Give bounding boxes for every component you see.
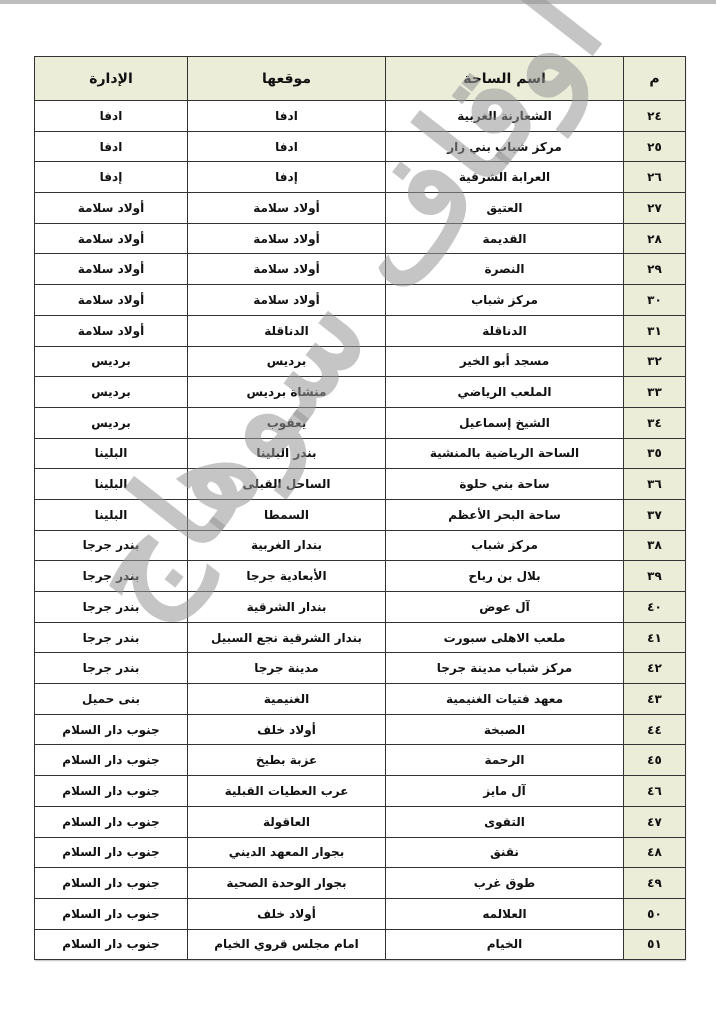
cell-number: ٤٩ [624,868,686,899]
cell-ground-name: معهد فتيات الغنيمية [386,684,624,715]
cell-ground-name: القديمة [386,223,624,254]
cell-location: أولاد سلامة [188,193,386,224]
cell-number: ٣٣ [624,377,686,408]
cell-ground-name: ساحة البحر الأعظم [386,499,624,530]
header-ground-name: اسم الساحة [386,57,624,101]
cell-administration: جنوب دار السلام [35,776,188,807]
cell-administration: أولاد سلامة [35,285,188,316]
cell-administration: بندر جرجا [35,653,188,684]
cell-ground-name: العرابة الشرقية [386,162,624,193]
cell-ground-name: النصرة [386,254,624,285]
table-row: ٤٠آل عوضبندار الشرقيةبندر جرجا [35,592,686,623]
cell-administration: برديس [35,377,188,408]
table-row: ٤٨نقنقبجوار المعهد الدينيجنوب دار السلام [35,837,686,868]
cell-ground-name: ساحة بني حلوة [386,469,624,500]
cell-location: يعقوب [188,407,386,438]
cell-ground-name: الشعارنة الغربية [386,101,624,132]
cell-location: بندار الشرقية [188,592,386,623]
cell-administration: ادفا [35,131,188,162]
cell-ground-name: الدناقلة [386,315,624,346]
prayer-grounds-table: م اسم الساحة موقعها الإدارة ٢٤الشعارنة ا… [34,56,686,960]
cell-administration: البلينا [35,469,188,500]
cell-administration: بنى حميل [35,684,188,715]
cell-number: ٣٠ [624,285,686,316]
cell-location: منشاة برديس [188,377,386,408]
cell-number: ٥٠ [624,898,686,929]
cell-number: ٤٠ [624,592,686,623]
cell-number: ٤٤ [624,714,686,745]
cell-administration: البلينا [35,438,188,469]
cell-location: إدفا [188,162,386,193]
table-row: ٣٧ساحة البحر الأعظمالسمطاالبلينا [35,499,686,530]
cell-number: ٤٧ [624,806,686,837]
cell-ground-name: التقوى [386,806,624,837]
cell-location: مدينة جرجا [188,653,386,684]
table-row: ٢٦العرابة الشرقيةإدفاإدفا [35,162,686,193]
cell-ground-name: ملعب الاهلى سبورت [386,622,624,653]
cell-location: عزبة بطيخ [188,745,386,776]
cell-location: برديس [188,346,386,377]
cell-ground-name: الملعب الرياضي [386,377,624,408]
cell-ground-name: الرحمة [386,745,624,776]
cell-number: ٢٥ [624,131,686,162]
cell-ground-name: نقنق [386,837,624,868]
cell-location: بندار الشرقية نجع السبيل [188,622,386,653]
cell-number: ٤٢ [624,653,686,684]
cell-ground-name: مركز شباب مدينة جرجا [386,653,624,684]
cell-administration: البلينا [35,499,188,530]
table-row: ٤١ملعب الاهلى سبورتبندار الشرقية نجع الس… [35,622,686,653]
cell-administration: برديس [35,346,188,377]
cell-administration: جنوب دار السلام [35,837,188,868]
cell-administration: بندر جرجا [35,530,188,561]
cell-ground-name: الخيام [386,929,624,960]
table-header-row: م اسم الساحة موقعها الإدارة [35,57,686,101]
header-number: م [624,57,686,101]
cell-location: أولاد سلامة [188,223,386,254]
cell-location: الغنيمية [188,684,386,715]
cell-administration: جنوب دار السلام [35,745,188,776]
table-row: ٣٩بلال بن رباحالأبعادية جرجابندر جرجا [35,561,686,592]
cell-administration: جنوب دار السلام [35,806,188,837]
cell-number: ٢٩ [624,254,686,285]
table-row: ٣٦ساحة بني حلوةالساحل القبلىالبلينا [35,469,686,500]
cell-administration: جنوب دار السلام [35,714,188,745]
cell-administration: جنوب دار السلام [35,929,188,960]
cell-location: بجوار الوحدة الصحية [188,868,386,899]
cell-ground-name: آل عوض [386,592,624,623]
cell-number: ٤٣ [624,684,686,715]
cell-number: ٣٧ [624,499,686,530]
cell-location: أولاد سلامة [188,254,386,285]
table-row: ٢٥مركز شباب بني زارادفاادفا [35,131,686,162]
table-row: ٤٣معهد فتيات الغنيميةالغنيميةبنى حميل [35,684,686,715]
table-row: ٤٢مركز شباب مدينة جرجامدينة جرجابندر جرج… [35,653,686,684]
header-administration: الإدارة [35,57,188,101]
cell-ground-name: مركز شباب [386,530,624,561]
cell-number: ٣١ [624,315,686,346]
cell-number: ٣٦ [624,469,686,500]
header-location: موقعها [188,57,386,101]
cell-ground-name: العتيق [386,193,624,224]
table-row: ٤٤الصبخةأولاد خلفجنوب دار السلام [35,714,686,745]
cell-number: ٣٢ [624,346,686,377]
table-row: ٣٠مركز شبابأولاد سلامةأولاد سلامة [35,285,686,316]
cell-ground-name: الشيخ إسماعيل [386,407,624,438]
cell-location: أولاد خلف [188,898,386,929]
cell-location: بندر البلينا [188,438,386,469]
cell-location: بندار الغربية [188,530,386,561]
cell-number: ٥١ [624,929,686,960]
cell-administration: أولاد سلامة [35,315,188,346]
cell-administration: بندر جرجا [35,561,188,592]
cell-number: ٢٦ [624,162,686,193]
cell-administration: بندر جرجا [35,622,188,653]
cell-administration: برديس [35,407,188,438]
table-row: ٢٩النصرةأولاد سلامةأولاد سلامة [35,254,686,285]
cell-administration: بندر جرجا [35,592,188,623]
cell-location: أولاد سلامة [188,285,386,316]
cell-location: الساحل القبلى [188,469,386,500]
table-row: ٢٧العتيقأولاد سلامةأولاد سلامة [35,193,686,224]
cell-location: عرب العطيات القبلية [188,776,386,807]
table-row: ٤٦آل مايزعرب العطيات القبليةجنوب دار الس… [35,776,686,807]
table-row: ٢٤الشعارنة الغربيةادفاادفا [35,101,686,132]
cell-location: بجوار المعهد الديني [188,837,386,868]
cell-number: ٣٥ [624,438,686,469]
table-row: ٥١الخيامامام مجلس قروي الخيامجنوب دار ال… [35,929,686,960]
cell-number: ٤٥ [624,745,686,776]
cell-number: ٢٨ [624,223,686,254]
cell-location: الأبعادية جرجا [188,561,386,592]
cell-location: الدناقلة [188,315,386,346]
cell-ground-name: بلال بن رباح [386,561,624,592]
prayer-grounds-table-container: م اسم الساحة موقعها الإدارة ٢٤الشعارنة ا… [34,56,685,960]
cell-administration: أولاد سلامة [35,254,188,285]
cell-number: ٤١ [624,622,686,653]
cell-administration: ادفا [35,101,188,132]
cell-ground-name: مركز شباب بني زار [386,131,624,162]
cell-administration: جنوب دار السلام [35,898,188,929]
cell-ground-name: مسجد أبو الخير [386,346,624,377]
table-body: ٢٤الشعارنة الغربيةادفاادفا٢٥مركز شباب بن… [35,101,686,960]
cell-location: العاقولة [188,806,386,837]
table-row: ٣٤الشيخ إسماعيليعقوببرديس [35,407,686,438]
cell-ground-name: العلالمه [386,898,624,929]
cell-administration: أولاد سلامة [35,223,188,254]
table-row: ٣١الدناقلةالدناقلةأولاد سلامة [35,315,686,346]
cell-location: السمطا [188,499,386,530]
table-row: ٣٨مركز شباببندار الغربيةبندر جرجا [35,530,686,561]
table-row: ٤٧التقوىالعاقولةجنوب دار السلام [35,806,686,837]
cell-ground-name: الصبخة [386,714,624,745]
table-row: ٣٢مسجد أبو الخيربرديسبرديس [35,346,686,377]
cell-number: ٢٧ [624,193,686,224]
cell-location: ادفا [188,131,386,162]
cell-number: ٣٤ [624,407,686,438]
table-row: ٥٠العلالمهأولاد خلفجنوب دار السلام [35,898,686,929]
table-row: ٤٩طوق غرببجوار الوحدة الصحيةجنوب دار الس… [35,868,686,899]
cell-administration: أولاد سلامة [35,193,188,224]
top-divider [0,0,716,4]
table-row: ٣٣الملعب الرياضيمنشاة برديسبرديس [35,377,686,408]
table-row: ٣٥الساحة الرياضية بالمنشيةبندر البليناال… [35,438,686,469]
cell-location: ادفا [188,101,386,132]
cell-number: ٤٨ [624,837,686,868]
cell-location: امام مجلس قروي الخيام [188,929,386,960]
cell-number: ٢٤ [624,101,686,132]
cell-administration: جنوب دار السلام [35,868,188,899]
cell-number: ٣٨ [624,530,686,561]
cell-administration: إدفا [35,162,188,193]
cell-ground-name: آل مايز [386,776,624,807]
cell-number: ٤٦ [624,776,686,807]
table-row: ٤٥الرحمةعزبة بطيخجنوب دار السلام [35,745,686,776]
table-row: ٢٨القديمةأولاد سلامةأولاد سلامة [35,223,686,254]
cell-ground-name: طوق غرب [386,868,624,899]
cell-number: ٣٩ [624,561,686,592]
cell-location: أولاد خلف [188,714,386,745]
cell-ground-name: الساحة الرياضية بالمنشية [386,438,624,469]
cell-ground-name: مركز شباب [386,285,624,316]
